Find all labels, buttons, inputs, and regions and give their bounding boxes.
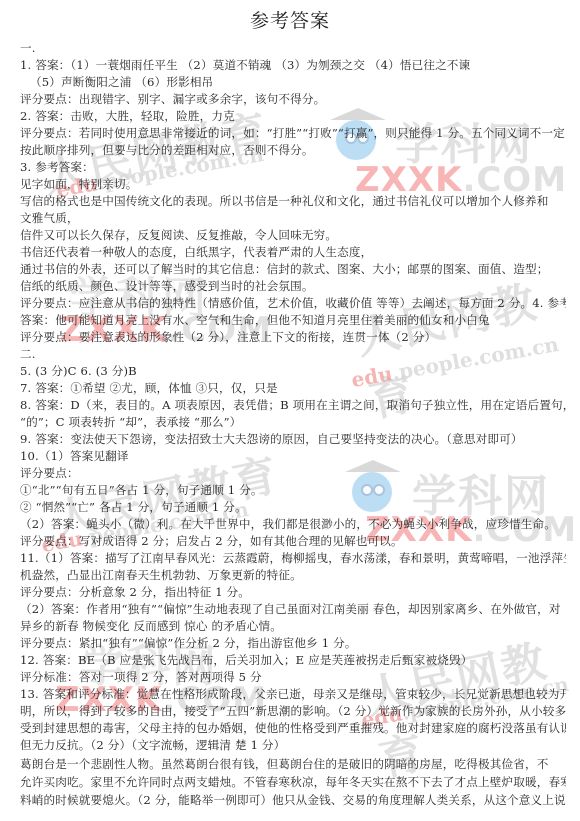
answer-line: （5）声断衡阳之浦 （6）形影相吊: [30, 75, 566, 90]
scoring-line: 评分要点：应注意从书信的独特性（情感价值，艺术价值，收藏价值 等等）去阐述，每方…: [20, 296, 566, 311]
answer-line: 答案：他可能知道月亮上没有水、空气和生命，但他不知道月亮里住着美丽的仙女和小白兔: [20, 313, 566, 328]
answer-line: 5. (3 分)C 6. (3 分)B: [20, 364, 566, 379]
answer-line: 料峭的时候就要熄火。（2 分，能略举一例即可）他只从金钱、交易的角度理解人类关系…: [20, 793, 566, 808]
answer-line: 2. 答案：击败，大胜，轻取，险胜，力克: [20, 109, 566, 124]
answer-line: 见字如面，特别亲切。: [20, 177, 566, 192]
scoring-line: 评分要点：紧扣“独有”“偏惊”作分析 2 分，指出游宦他乡 1 分。: [20, 636, 566, 651]
scoring-line: ② “惘然”“亡” 各占 1 分，句子通顺 1 分。: [20, 500, 566, 515]
answer-line: 写信的格式也是中国传统文化的表现。所以书信是一种礼仪和文化，通过书信礼仪可以增加…: [20, 194, 566, 209]
answer-line: 信件又可以长久保存，反复阅读、反复推敲，令人回味无穷。: [20, 228, 566, 243]
answer-line: 允许买肉吃。家里不允许同时点两支蜡烛。不管春寒秋凉，每年冬天实在熬不下去了才点上…: [20, 775, 566, 790]
answer-key-page: 人民网教育 edu.people.com.cn 学科网 ZXXK.COM 学科网…: [0, 0, 580, 821]
answer-line: 9. 答案：变法使天下怨谤，变法招致士大夫怨谤的原因，自己要坚持变法的决心。（意…: [20, 432, 566, 447]
answer-line: （2）答案：蝇头小（微）利。在大千世界中，我们都是很渺小的，不必为蝇头小利争战，…: [20, 517, 566, 532]
scoring-line: 评分要点：要注意表达的形象性（2 分），注意上下文的衔接，连贯一体（2 分）: [20, 330, 566, 345]
answer-line: 8. 答案：D（来，表目的。A 项表原因，表凭借；B 项用在主谓之间，取消句子独…: [20, 398, 566, 413]
scoring-line: 评分要点：: [20, 466, 566, 481]
answer-line: 明，所以，得到了较多的自由，接受了“五四”新思潮的影响。（2 分）觉新作为家族的…: [20, 704, 566, 719]
answer-line: 7. 答案：①希望 ②尤，顾，体恤 ③只，仅，只是: [20, 381, 566, 396]
answer-line: 信纸的纸质、颜色、设计等等，感受到当时的社会氛围。: [20, 279, 566, 294]
answer-line: 葛朗台是一个悲剧性人物。虽然葛朗台很有钱，但葛朗台住的是破旧的阴暗的房屋，吃得极…: [20, 757, 566, 772]
answer-line: 异乡的新春 物候变化 反而感到 惊心 的矛盾心情。: [20, 619, 566, 634]
scoring-line: 评分标准：答对一项得 2 分，答对两项得 5 分: [20, 670, 566, 685]
answer-line: 3. 参考答案：: [20, 160, 566, 175]
section-heading-1: 一.: [20, 41, 566, 56]
section-heading-2: 二.: [20, 347, 566, 362]
answer-line: 受到封建思想的毒害，父母主持的包办婚姻，使他的性格受到严重摧残。他对封建家庭的腐…: [20, 721, 566, 736]
answer-line: 书信还代表着一种敬人的态度，白纸黑字，代表着严肃的人生态度，: [20, 245, 566, 260]
scoring-line: 评分要点：写对成语得 2 分；启发占 2 分，如有其他合理的见解也可以。: [20, 534, 566, 549]
answer-line: 11.（1）答案：描写了江南早春风光：云蒸霞蔚，梅柳摇曳，春水荡漾，春和景明，黄…: [20, 551, 566, 566]
answer-line: 通过书信的外表，还可以了解当时的其它信息：信封的款式、图案、大小；邮票的图案、面…: [20, 262, 566, 277]
answer-line: 12. 答案：BE（B 应是张飞先战吕布，后关羽加入；E 应是芙莲被拐走后甄家被…: [20, 653, 566, 668]
answer-line: 机盎然，凸显出江南春天生机勃勃、万象更新的特征。: [20, 568, 566, 583]
scoring-line: ①“北”“旬有五日”各占 1 分，句子通顺 1 分。: [20, 483, 566, 498]
scoring-line: 评分要点：若同时使用意思非常接近的词，如：“打胜”“打败”“打赢”，则只能得 1…: [20, 126, 566, 141]
answer-line: 13. 答案和评分标准：觉慧在性格形成阶段，父亲已逝，母亲又是继母，管束较少，长…: [20, 687, 566, 702]
answer-line: 1. 答案：（1）一蓑烟雨任平生 （2）莫道不销魂 （3）为刎颈之交 （4）悟已…: [20, 58, 566, 73]
document-body: 参考答案 一. 1. 答案：（1）一蓑烟雨任平生 （2）莫道不销魂 （3）为刎颈…: [0, 0, 580, 821]
scoring-line: 按此顺序排列，但要与比分的差距相对应，否则不得分。: [20, 143, 566, 158]
scoring-line: 评分要点：分析意象 2 分，指出特征 1 分。: [20, 585, 566, 600]
page-title: 参考答案: [0, 6, 580, 33]
answer-line: 10.（1）答案见翻译: [20, 449, 566, 464]
answer-line: 但无力反抗。（2 分）（文字流畅，逻辑清 楚 1 分）: [20, 738, 566, 753]
answer-line: “的”；C 项表转折 “却”，表承接 “那么”）: [20, 415, 566, 430]
scoring-line: 评分要点：出现错字、别字、漏字或多余字，该句不得分。: [20, 92, 566, 107]
answer-line: （2）答案：作者用“独有”“偏惊”生动地表现了自己虽面对江南美丽 春色，却因别家…: [20, 602, 566, 617]
answer-line: 文雅气质，: [20, 211, 566, 226]
